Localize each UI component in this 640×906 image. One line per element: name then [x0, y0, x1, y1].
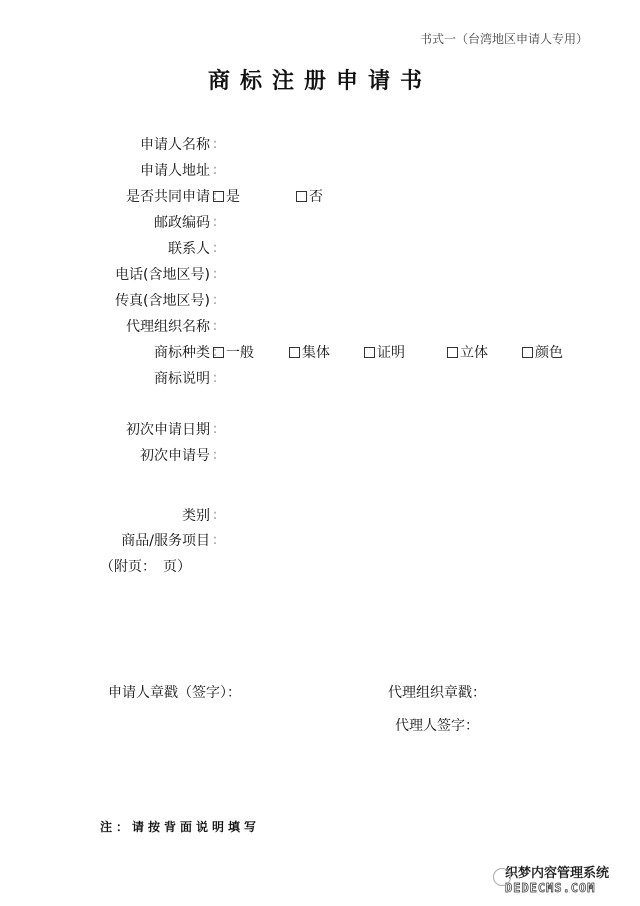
- field-phone: 电话(含地区号):: [60, 263, 220, 285]
- field-label: 邮政编码: [60, 212, 210, 232]
- checkbox-icon: [296, 191, 307, 202]
- field-label: 商标说明: [60, 368, 210, 388]
- field-label: 代理组织名称: [60, 316, 210, 336]
- agency-seal-label: 代理组织章戳：: [388, 682, 486, 702]
- field-goods-services: 商品/服务项目:: [60, 529, 220, 551]
- checkbox-icon: [213, 191, 224, 202]
- field-label: 联系人: [60, 238, 210, 258]
- agent-signature-label: 代理人签字：: [395, 715, 479, 735]
- checkbox-icon: [289, 347, 300, 358]
- field-label: 商品/服务项目: [60, 530, 210, 550]
- checkbox-joint-no[interactable]: 否: [296, 185, 323, 207]
- field-postal-code: 邮政编码:: [60, 211, 220, 233]
- checkbox-general[interactable]: 一般: [213, 341, 254, 363]
- field-label: 申请人地址: [60, 160, 210, 180]
- field-class: 类别:: [60, 504, 220, 526]
- field-label: 是否共同申请: [60, 186, 210, 206]
- field-mark-type: 商标种类:: [60, 341, 220, 363]
- field-attachment-pages: （附页： 页）: [100, 555, 191, 577]
- checkbox-icon: [522, 347, 533, 358]
- checkbox-3d[interactable]: 立体: [447, 341, 488, 363]
- field-first-filing-number: 初次申请号:: [60, 444, 220, 466]
- field-label: 电话(含地区号): [60, 264, 210, 284]
- field-label: （附页： 页）: [100, 556, 191, 576]
- checkbox-icon: [213, 347, 224, 358]
- field-applicant-address: 申请人地址:: [60, 159, 220, 181]
- field-label: 申请人名称: [60, 134, 210, 154]
- field-fax: 传真(含地区号):: [60, 289, 220, 311]
- field-joint-application: 是否共同申请:: [60, 185, 220, 207]
- watermark: 织梦内容管理系统 DEDECMS.COM: [505, 862, 635, 895]
- checkbox-joint-yes[interactable]: 是: [213, 185, 240, 207]
- page-title: 商标注册申请书: [0, 64, 640, 95]
- field-label: 类别: [60, 505, 210, 525]
- checkbox-icon: [364, 347, 375, 358]
- checkbox-icon: [447, 347, 458, 358]
- field-label: 传真(含地区号): [60, 290, 210, 310]
- field-agency-name: 代理组织名称:: [60, 315, 220, 337]
- field-mark-description: 商标说明:: [60, 367, 220, 389]
- checkbox-color[interactable]: 颜色: [522, 341, 563, 363]
- field-label: 商标种类: [60, 342, 210, 362]
- field-first-filing-date: 初次申请日期:: [60, 418, 220, 440]
- field-contact: 联系人:: [60, 237, 220, 259]
- field-applicant-name: 申请人名称:: [60, 133, 220, 155]
- form-code: 书式一（台湾地区申请人专用）: [420, 30, 588, 47]
- footer-note: 注：请按背面说明填写: [100, 818, 260, 835]
- checkbox-collective[interactable]: 集体: [289, 341, 330, 363]
- checkbox-certification[interactable]: 证明: [364, 341, 405, 363]
- applicant-seal-label: 申请人章戳（签字）：: [108, 682, 241, 702]
- field-label: 初次申请号: [60, 445, 210, 465]
- field-label: 初次申请日期: [60, 419, 210, 439]
- wechat-swirl-icon: [493, 868, 511, 886]
